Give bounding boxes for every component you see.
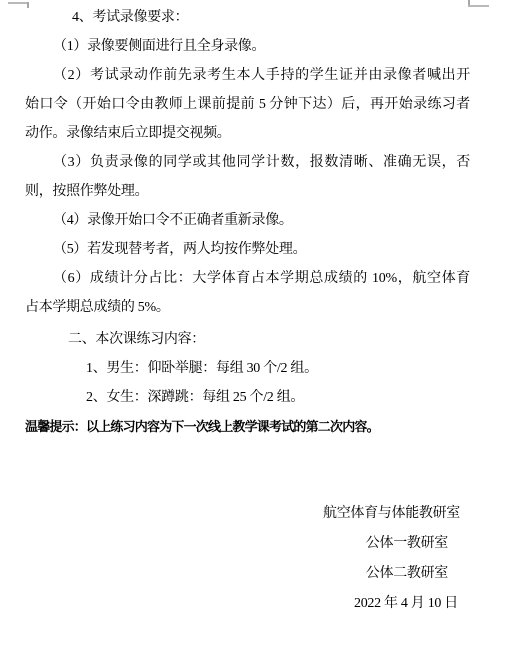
document-page: 4、考试录像要求： （1）录像要侧面进行且全身录像。 （2）考试录动作前先录考生… xyxy=(0,0,507,645)
item-2-student-id-line-3: 动作。录像结束后立即提交视频。 xyxy=(25,119,470,148)
signature-dept-public-pe-2: 公体二教研室 xyxy=(25,559,470,589)
margin-crop-mark-top-right-horizontal xyxy=(468,5,489,7)
document-body: 4、考试录像要求： （1）录像要侧面进行且全身录像。 （2）考试录动作前先录考生… xyxy=(25,3,470,619)
item-4-incorrect-command-redo: （4）录像开始口令不正确者重新录像。 xyxy=(25,206,470,235)
heading-practice-content: 二、本次课练习内容： xyxy=(25,325,470,354)
item-6-grade-percentage-line-2: 占本学期总成绩的 5%。 xyxy=(25,293,470,322)
item-2-student-id-line-1: （2）考试录动作前先录考生本人手持的学生证并由录像者喊出开 xyxy=(25,61,470,90)
blank-lines xyxy=(25,441,470,499)
item-6-grade-percentage-line-1: （6）成绩计分占比：大学体育占本学期总成绩的 10%，航空体育 xyxy=(25,264,470,293)
heading-exam-recording-requirements: 4、考试录像要求： xyxy=(25,3,470,32)
item-girls-exercise: 2、女生：深蹲跳：每组 25 个/2 组。 xyxy=(25,383,470,412)
signature-dept-aviation-pe: 航空体育与体能教研室 xyxy=(25,499,470,529)
signature-dept-public-pe-1: 公体一教研室 xyxy=(25,529,470,559)
item-3-counting-line-2: 则，按照作弊处理。 xyxy=(25,177,470,206)
signature-block: 航空体育与体能教研室 公体一教研室 公体二教研室 2022 年 4 月 10 日 xyxy=(25,499,470,619)
item-3-counting-line-1: （3）负责录像的同学或其他同学计数，报数清晰、准确无误，否 xyxy=(25,148,470,177)
warm-tip-note: 温馨提示：以上练习内容为下一次线上教学课考试的第二次内容。 xyxy=(25,412,470,441)
item-5-substitute-cheating: （5）若发现替考者，两人均按作弊处理。 xyxy=(25,235,470,264)
item-boys-exercise: 1、男生：仰卧举腿：每组 30 个/2 组。 xyxy=(25,354,470,383)
item-1-side-full-body-recording: （1）录像要侧面进行且全身录像。 xyxy=(25,32,470,61)
item-2-student-id-line-2: 始口令（开始口令由教师上课前提前 5 分钟下达）后，再开始录练习者 xyxy=(25,90,470,119)
signature-date: 2022 年 4 月 10 日 xyxy=(25,589,470,619)
